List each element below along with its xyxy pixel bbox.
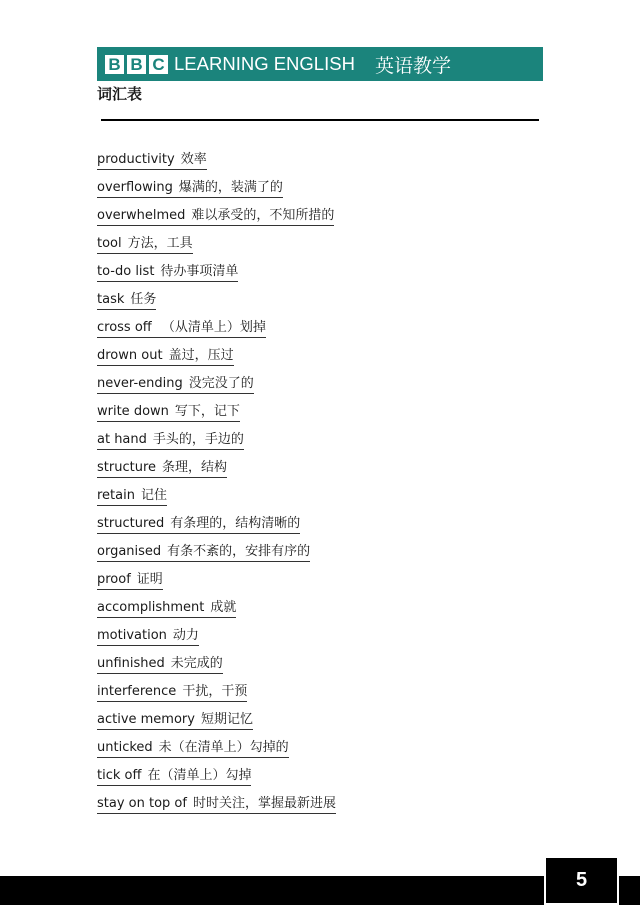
section-title: 词汇表 <box>97 83 142 104</box>
vocab-item: accomplishment成就 <box>97 598 336 626</box>
vocab-term: at hand <box>97 432 147 447</box>
vocab-item: cross off （从清单上）划掉 <box>97 318 336 346</box>
vocab-item: unticked未（在清单上）勾掉的 <box>97 738 336 766</box>
vocab-term: structure <box>97 460 156 475</box>
vocab-meaning: 爆满的，装满了的 <box>179 180 283 195</box>
vocab-meaning: 有条不紊的，安排有序的 <box>167 544 310 559</box>
vocab-term: proof <box>97 572 131 587</box>
vocab-term: cross off <box>97 320 152 335</box>
bbc-logo-block: B <box>127 55 146 74</box>
vocab-meaning: 条理，结构 <box>162 460 227 475</box>
vocab-term: tool <box>97 236 122 251</box>
vocab-item: overflowing爆满的，装满了的 <box>97 178 336 206</box>
vocab-term: motivation <box>97 628 167 643</box>
vocab-item: retain记住 <box>97 486 336 514</box>
vocab-term: to-do list <box>97 264 154 279</box>
vocab-term: drown out <box>97 348 163 363</box>
bbc-learning-english-banner: B B C LEARNING ENGLISH 英语教学 <box>97 47 543 81</box>
divider-line <box>101 119 539 121</box>
bbc-logo-block: C <box>149 55 168 74</box>
vocab-item: active memory短期记忆 <box>97 710 336 738</box>
vocab-item: tick off在（清单上）勾掉 <box>97 766 336 794</box>
vocab-item: tool方法，工具 <box>97 234 336 262</box>
vocab-meaning: （从清单上）划掉 <box>158 320 266 335</box>
vocab-meaning: 写下，记下 <box>175 404 240 419</box>
vocab-item: overwhelmed难以承受的，不知所措的 <box>97 206 336 234</box>
vocab-item: proof证明 <box>97 570 336 598</box>
vocab-meaning: 干扰，干预 <box>182 684 247 699</box>
vocab-meaning: 时时关注，掌握最新进展 <box>193 796 336 811</box>
vocab-item: interference干扰，干预 <box>97 682 336 710</box>
vocab-meaning: 记住 <box>141 488 167 503</box>
vocab-item: task任务 <box>97 290 336 318</box>
vocab-term: never-ending <box>97 376 183 391</box>
vocab-item: motivation动力 <box>97 626 336 654</box>
vocab-item: productivity效率 <box>97 150 336 178</box>
vocab-item: at hand手头的，手边的 <box>97 430 336 458</box>
vocab-meaning: 动力 <box>173 628 199 643</box>
vocab-term: structured <box>97 516 164 531</box>
vocab-term: unfinished <box>97 656 165 671</box>
vocab-term: organised <box>97 544 161 559</box>
vocab-meaning: 方法，工具 <box>128 236 193 251</box>
vocab-meaning: 没完没了的 <box>189 376 254 391</box>
vocab-meaning: 在（清单上）勾掉 <box>147 768 251 783</box>
vocab-meaning: 任务 <box>130 292 156 307</box>
vocab-meaning: 短期记忆 <box>201 712 253 727</box>
vocab-term: task <box>97 292 124 307</box>
brand-name-chinese: 英语教学 <box>375 51 451 78</box>
vocab-term: write down <box>97 404 169 419</box>
vocab-term: accomplishment <box>97 600 204 615</box>
vocab-term: tick off <box>97 768 141 783</box>
vocab-meaning: 未（在清单上）勾掉的 <box>159 740 289 755</box>
vocab-term: overflowing <box>97 180 173 195</box>
vocab-item: drown out盖过，压过 <box>97 346 336 374</box>
vocab-meaning: 证明 <box>137 572 163 587</box>
vocab-item: structure条理，结构 <box>97 458 336 486</box>
vocab-term: retain <box>97 488 135 503</box>
vocab-meaning: 成就 <box>210 600 236 615</box>
vocab-term: productivity <box>97 152 175 167</box>
vocab-meaning: 盖过，压过 <box>169 348 234 363</box>
vocab-meaning: 难以承受的，不知所措的 <box>191 208 334 223</box>
vocab-term: active memory <box>97 712 195 727</box>
vocab-meaning: 有条理的，结构清晰的 <box>170 516 300 531</box>
vocab-item: never-ending没完没了的 <box>97 374 336 402</box>
vocab-meaning: 未完成的 <box>171 656 223 671</box>
vocab-item: to-do list待办事项清单 <box>97 262 336 290</box>
vocabulary-list: productivity效率 overflowing爆满的，装满了的 overw… <box>97 150 336 822</box>
vocab-meaning: 效率 <box>181 152 207 167</box>
vocab-item: stay on top of时时关注，掌握最新进展 <box>97 794 336 822</box>
vocab-meaning: 手头的，手边的 <box>153 432 244 447</box>
vocab-term: overwhelmed <box>97 208 185 223</box>
vocab-item: write down写下，记下 <box>97 402 336 430</box>
vocab-term: interference <box>97 684 176 699</box>
bbc-logo-block: B <box>105 55 124 74</box>
vocab-meaning: 待办事项清单 <box>160 264 238 279</box>
vocab-item: structured有条理的，结构清晰的 <box>97 514 336 542</box>
bbc-logo: B B C <box>105 55 168 74</box>
brand-name: LEARNING ENGLISH <box>174 53 355 75</box>
vocab-item: organised有条不紊的，安排有序的 <box>97 542 336 570</box>
page-number: 5 <box>544 856 619 905</box>
vocab-term: unticked <box>97 740 153 755</box>
vocab-item: unfinished未完成的 <box>97 654 336 682</box>
vocab-term: stay on top of <box>97 796 187 811</box>
